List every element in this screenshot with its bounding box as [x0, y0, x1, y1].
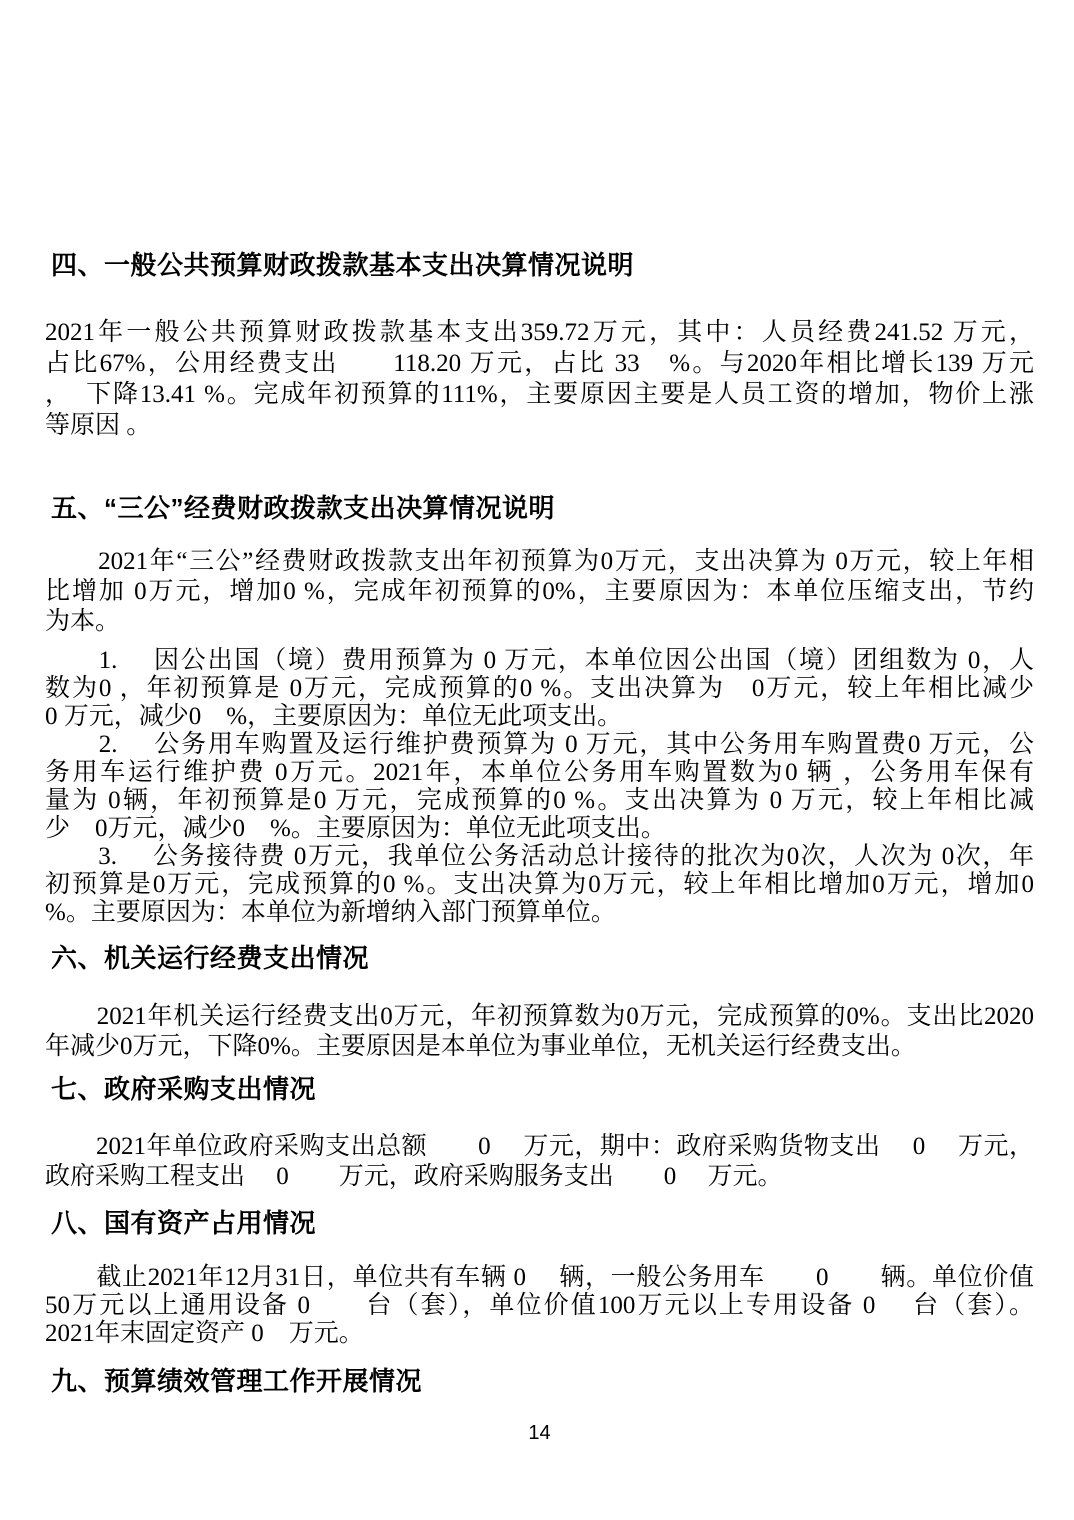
section-6-heading: 六、机关运行经费支出情况 [51, 943, 1034, 973]
section-6: 六、机关运行经费支出情况 2021年机关运行经费支出0万元，年初预算数为0万元，… [45, 943, 1034, 1062]
section-5-item-3: 3. 公务接待费 0万元，我单位公务活动总计接待的批次为0次，人次为 0次，年初… [45, 843, 1034, 927]
section-9-heading: 九、预算绩效管理工作开展情况 [51, 1366, 1034, 1396]
text-line: %。主要原因为：本单位为新增纳入部门预算单位。 [45, 899, 1034, 927]
section-7: 七、政府采购支出情况 2021年单位政府采购支出总额 0 万元，期中：政府采购货… [45, 1074, 1034, 1192]
text-line: 截止2021年12月31日，单位共有车辆 0 辆，一般公务用车 0 辆。单位价值 [45, 1264, 1034, 1292]
text-line: 等原因 。 [45, 410, 1034, 441]
page-number: 14 [45, 1423, 1034, 1443]
document-page: 四、一般公共预算财政拨款基本支出决算情况说明 2021年一般公共预算财政拨款基本… [0, 0, 1074, 1520]
section-5-intro-paragraph: 2021年“三公”经费财政拨款支出年初预算为0万元，支出决算为 0万元，较上年相… [45, 547, 1034, 637]
section-4-heading: 四、一般公共预算财政拨款基本支出决算情况说明 [51, 250, 1034, 280]
section-9: 九、预算绩效管理工作开展情况 [45, 1366, 1034, 1396]
section-7-heading: 七、政府采购支出情况 [51, 1074, 1034, 1104]
section-5-item-1: 1. 因公出国（境）费用预算为 0 万元，本单位因公出国（境）团组数为 0，人数… [45, 647, 1034, 731]
section-8-paragraph: 截止2021年12月31日，单位共有车辆 0 辆，一般公务用车 0 辆。单位价值… [45, 1264, 1034, 1348]
section-5-item-2: 2. 公务用车购置及运行维护费预算为 0 万元，其中公务用车购置费0 万元，公务… [45, 731, 1034, 843]
text-line: 0 万元，减少0 %，主要原因为：单位无此项支出。 [45, 703, 1034, 731]
section-4-paragraph: 2021年一般公共预算财政拨款基本支出359.72万元，其中：人员经费241.5… [45, 317, 1034, 441]
section-8-heading: 八、国有资产占用情况 [51, 1208, 1034, 1238]
text-line: 2021年机关运行经费支出0万元，年初预算数为0万元，完成预算的0%。支出比20… [45, 1002, 1034, 1032]
text-line: 2021年一般公共预算财政拨款基本支出359.72万元，其中：人员经费241.5… [45, 317, 1034, 348]
text-line: 2021年末固定资产 0 万元。 [45, 1320, 1034, 1348]
text-line: 初预算是0万元，完成预算的0 %。支出决算为0万元，较上年相比增加0万元，增加0 [45, 871, 1034, 899]
text-line: ， 下降13.41 %。完成年初预算的111%，主要原因主要是人员工资的增加，物… [45, 379, 1034, 410]
section-8: 八、国有资产占用情况 截止2021年12月31日，单位共有车辆 0 辆，一般公务… [45, 1208, 1034, 1348]
text-line: 量为 0辆，年初预算是0 万元，完成预算的0 %。支出决算为 0 万元，较上年相… [45, 787, 1034, 815]
section-5: 五、“三公”经费财政拨款支出决算情况说明 2021年“三公”经费财政拨款支出年初… [45, 493, 1034, 927]
text-line: 政府采购工程支出 0 万元，政府采购服务支出 0 万元。 [45, 1162, 1034, 1192]
text-line: 为本。 [45, 607, 1034, 637]
section-4: 四、一般公共预算财政拨款基本支出决算情况说明 2021年一般公共预算财政拨款基本… [45, 250, 1034, 441]
text-line: 年减少0万元，下降0%。主要原因是本单位为事业单位，无机关运行经费支出。 [45, 1032, 1034, 1062]
text-line: 少 0万元，减少0 %。主要原因为：单位无此项支出。 [45, 815, 1034, 843]
text-line: 2021年“三公”经费财政拨款支出年初预算为0万元，支出决算为 0万元，较上年相 [45, 547, 1034, 577]
text-line: 1. 因公出国（境）费用预算为 0 万元，本单位因公出国（境）团组数为 0，人 [45, 647, 1034, 675]
section-5-heading: 五、“三公”经费财政拨款支出决算情况说明 [51, 493, 1034, 523]
text-line: 数为0 ，年初预算是 0万元，完成预算的0 %。支出决算为 0万元，较上年相比减… [45, 675, 1034, 703]
text-line: 50万元以上通用设备 0 台（套），单位价值100万元以上专用设备 0 台（套）… [45, 1292, 1034, 1320]
section-6-paragraph: 2021年机关运行经费支出0万元，年初预算数为0万元，完成预算的0%。支出比20… [45, 1002, 1034, 1062]
text-line: 占比67%，公用经费支出 118.20 万元，占比 33 %。与2020年相比增… [45, 348, 1034, 379]
text-line: 3. 公务接待费 0万元，我单位公务活动总计接待的批次为0次，人次为 0次，年 [45, 843, 1034, 871]
text-line: 比增加 0万元，增加0 %，完成年初预算的0%，主要原因为：本单位压缩支出，节约 [45, 577, 1034, 607]
text-line: 2021年单位政府采购支出总额 0 万元，期中：政府采购货物支出 0 万元， [45, 1132, 1034, 1162]
text-line: 2. 公务用车购置及运行维护费预算为 0 万元，其中公务用车购置费0 万元，公 [45, 731, 1034, 759]
text-line: 务用车运行维护费 0万元。2021年，本单位公务用车购置数为0 辆 ，公务用车保… [45, 759, 1034, 787]
section-7-paragraph: 2021年单位政府采购支出总额 0 万元，期中：政府采购货物支出 0 万元，政府… [45, 1132, 1034, 1192]
